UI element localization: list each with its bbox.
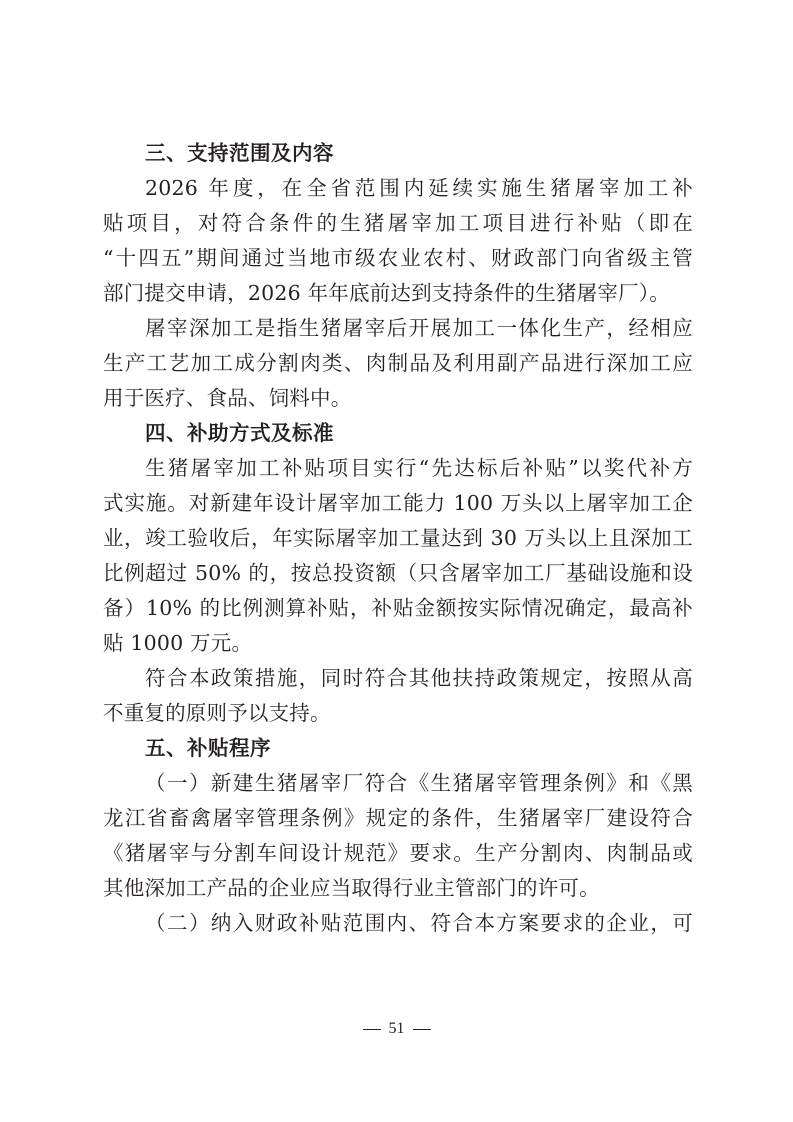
text-line: 贴项目，对符合条件的生猪屠宰加工项目进行补贴（即在 bbox=[103, 206, 693, 241]
paragraph-procedure-1: （一）新建生猪屠宰厂符合《生猪屠宰管理条例》和《黑 龙江省畜禽屠宰管理条例》规定… bbox=[103, 766, 693, 906]
section-heading-subsidy-method: 四、补助方式及标准 bbox=[103, 416, 693, 451]
text-line: 龙江省畜禽屠宰管理条例》规定的条件，生猪屠宰厂建设符合 bbox=[103, 801, 693, 836]
page-footer: 51 bbox=[0, 1020, 793, 1038]
text-line: 比例超过 50% 的，按总投资额（只含屠宰加工厂基础设施和设 bbox=[103, 556, 693, 591]
section-heading-scope: 三、支持范围及内容 bbox=[103, 136, 693, 171]
text-line: 生猪屠宰加工补贴项目实行“先达标后补贴”以奖代补方 bbox=[103, 451, 693, 486]
section-heading-procedure: 五、补贴程序 bbox=[103, 731, 693, 766]
page-number: 51 bbox=[389, 1020, 405, 1037]
paragraph-subsidy-1: 生猪屠宰加工补贴项目实行“先达标后补贴”以奖代补方 式实施。对新建年设计屠宰加工… bbox=[103, 451, 693, 661]
text-line: 部门提交申请，2026 年年底前达到支持条件的生猪屠宰厂）。 bbox=[103, 276, 693, 311]
text-line: 生产工艺加工成分割肉类、肉制品及利用副产品进行深加工应 bbox=[103, 346, 693, 381]
paragraph-scope-1: 2026 年度，在全省范围内延续实施生猪屠宰加工补 贴项目，对符合条件的生猪屠宰… bbox=[103, 171, 693, 311]
text-line: 贴 1000 万元。 bbox=[103, 626, 693, 661]
text-line: 式实施。对新建年设计屠宰加工能力 100 万头以上屠宰加工企 bbox=[103, 486, 693, 521]
dash-left bbox=[363, 1029, 381, 1030]
paragraph-procedure-2: （二）纳入财政补贴范围内、符合本方案要求的企业，可 bbox=[103, 906, 693, 941]
text-line: 屠宰深加工是指生猪屠宰后开展加工一体化生产，经相应 bbox=[103, 311, 693, 346]
text-line: “十四五”期间通过当地市级农业农村、财政部门向省级主管 bbox=[103, 241, 693, 276]
text-line: 用于医疗、食品、饲料中。 bbox=[103, 381, 693, 416]
text-line: 2026 年度，在全省范围内延续实施生猪屠宰加工补 bbox=[103, 171, 693, 206]
text-line: 不重复的原则予以支持。 bbox=[103, 696, 693, 731]
paragraph-subsidy-2: 符合本政策措施，同时符合其他扶持政策规定，按照从高 不重复的原则予以支持。 bbox=[103, 661, 693, 731]
document-body: 三、支持范围及内容 2026 年度，在全省范围内延续实施生猪屠宰加工补 贴项目，… bbox=[103, 136, 693, 941]
text-line: 其他深加工产品的企业应当取得行业主管部门的许可。 bbox=[103, 871, 693, 906]
dash-right bbox=[413, 1029, 431, 1030]
text-line: 符合本政策措施，同时符合其他扶持政策规定，按照从高 bbox=[103, 661, 693, 696]
text-line: （一）新建生猪屠宰厂符合《生猪屠宰管理条例》和《黑 bbox=[103, 766, 693, 801]
text-line: （二）纳入财政补贴范围内、符合本方案要求的企业，可 bbox=[103, 906, 693, 941]
text-line: 《猪屠宰与分割车间设计规范》要求。生产分割肉、肉制品或 bbox=[103, 836, 693, 871]
text-line: 业，竣工验收后，年实际屠宰加工量达到 30 万头以上且深加工 bbox=[103, 521, 693, 556]
text-line: 备）10% 的比例测算补贴，补贴金额按实际情况确定，最高补 bbox=[103, 591, 693, 626]
paragraph-scope-2: 屠宰深加工是指生猪屠宰后开展加工一体化生产，经相应 生产工艺加工成分割肉类、肉制… bbox=[103, 311, 693, 416]
